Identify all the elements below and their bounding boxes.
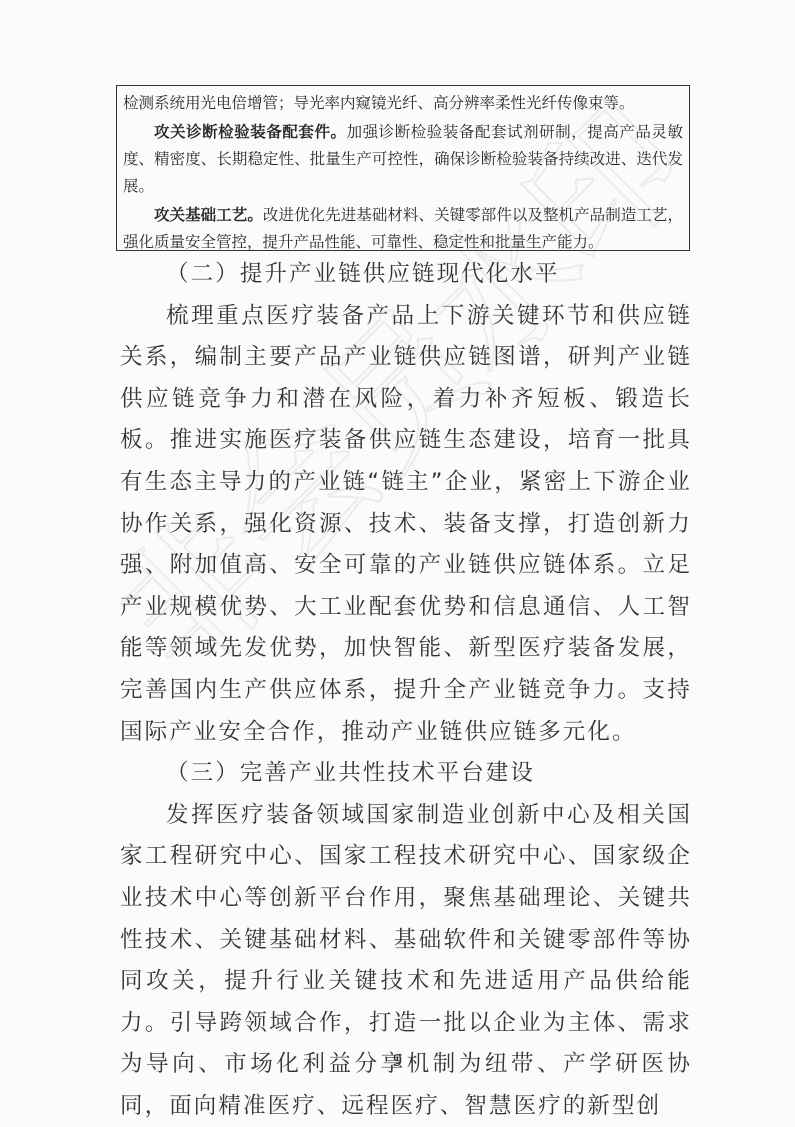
box-continued-line: 检测系统用光电倍增管；导光率内窥镜光纤、高分辨率柔性光纤传像束等。 xyxy=(123,90,683,117)
section-paragraph: 梳理重点医疗装备产品上下游关键环节和供应链关系，编制主要产品产业链供应链图谱，研… xyxy=(120,296,692,754)
section-heading: （二）提升产业链供应链现代化水平 xyxy=(120,254,692,296)
section-heading: （三）完善产业共性技术平台建设 xyxy=(120,753,692,795)
document-body: （二）提升产业链供应链现代化水平 梳理重点医疗装备产品上下游关键环节和供应链关系… xyxy=(120,254,692,1127)
highlight-box: 检测系统用光电倍增管；导光率内窥镜光纤、高分辨率柔性光纤传像束等。 攻关诊断检验… xyxy=(116,85,690,251)
box-item-title: 攻关诊断检验装备配套件。 xyxy=(154,124,347,141)
box-item-diagnostic: 攻关诊断检验装备配套件。加强诊断检验装备配套试剂研制，提高产品灵敏度、精密度、长… xyxy=(123,119,683,200)
page-number: 9 xyxy=(0,1050,795,1071)
section-paragraph: 发挥医疗装备领域国家制造业创新中心及相关国家工程研究中心、国家工程技术研究中心、… xyxy=(120,795,692,1127)
box-item-title: 攻关基础工艺。 xyxy=(154,207,263,224)
box-item-process: 攻关基础工艺。改进优化先进基础材料、关键零部件以及整机产品制造工艺，强化质量安全… xyxy=(123,202,683,256)
